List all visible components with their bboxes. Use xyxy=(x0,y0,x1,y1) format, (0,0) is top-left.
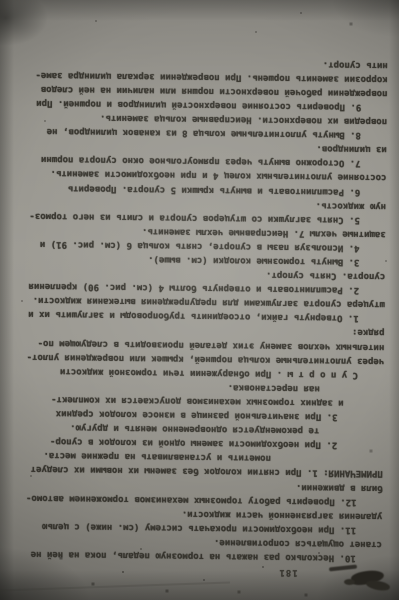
scanned-page: 181 10. Несколько раз нажать на тормозну… xyxy=(0,0,399,600)
scan-speckles xyxy=(0,0,2,2)
page-rotated-content: 181 10. Несколько раз нажать на тормозну… xyxy=(0,0,399,600)
page-number: 181 xyxy=(11,564,298,578)
text-lines: 10. Несколько раз нажать на тормозную пе… xyxy=(11,53,388,565)
